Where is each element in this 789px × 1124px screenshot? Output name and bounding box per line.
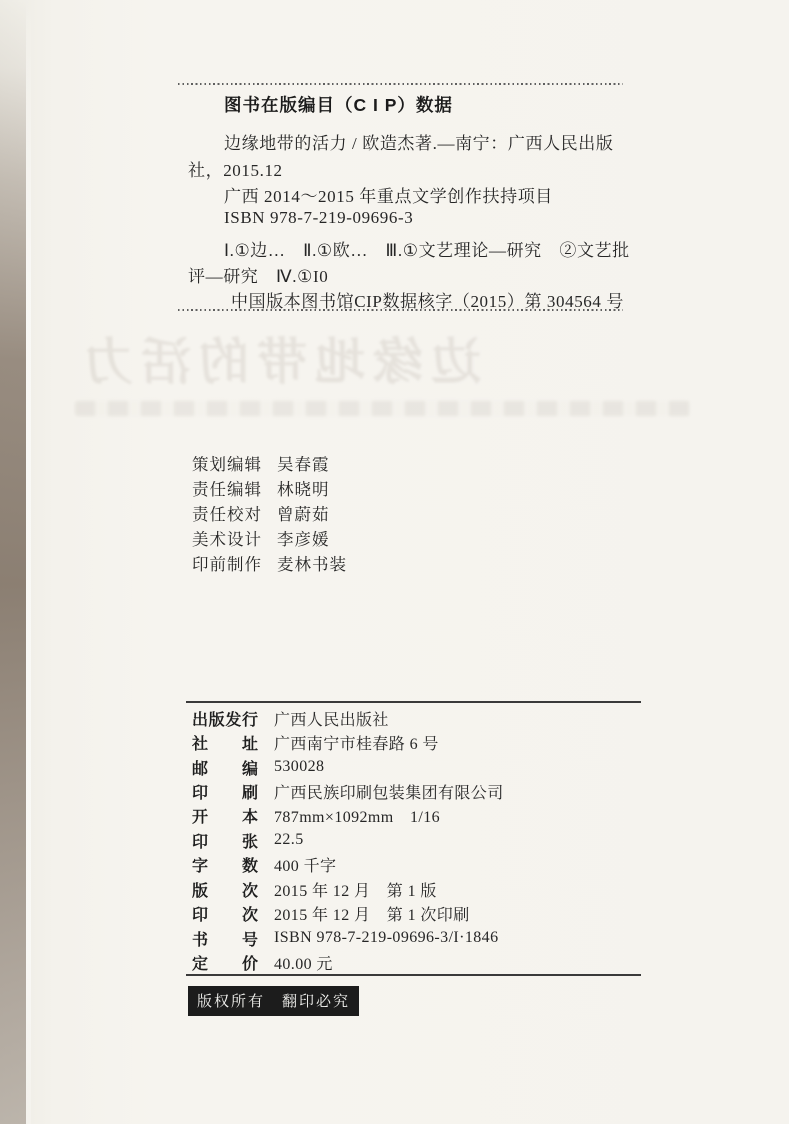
colophon-row: 邮编 530028 bbox=[192, 755, 504, 779]
colophon-row: 定价 40.00 元 bbox=[192, 950, 504, 974]
page-edge-highlight bbox=[26, 0, 31, 1124]
colophon-bottom-rule bbox=[186, 974, 641, 976]
copyright-page: 图书在版编目（C I P）数据 边缘地带的活力 / 欧造杰著.—南宁：广西人民出… bbox=[0, 0, 789, 1124]
colophon-row: 版次 2015 年 12 月 第 1 版 bbox=[192, 877, 504, 901]
cip-book-line-continued: 社，2015.12 bbox=[188, 156, 283, 181]
colophon-field-value: 400 千字 bbox=[274, 853, 336, 876]
colophon-field-value: 22.5 bbox=[274, 831, 304, 849]
colophon-field-value: 广西人民出版社 bbox=[274, 707, 389, 730]
colophon-field-label: 社址 bbox=[192, 731, 258, 754]
colophon-field-label: 版次 bbox=[192, 878, 258, 901]
colophon-row: 印次 2015 年 12 月 第 1 次印刷 bbox=[192, 902, 504, 926]
staff-row: 责任校对 曾蔚茹 bbox=[192, 500, 347, 525]
scan-left-edge-shadow bbox=[0, 0, 26, 1124]
colophon-row: 开本 787mm×1092mm 1/16 bbox=[192, 804, 504, 828]
cip-book-line: 边缘地带的活力 / 欧造杰著.—南宁：广西人民出版 bbox=[224, 129, 613, 154]
colophon-field-label: 印刷 bbox=[192, 780, 258, 803]
staff-person-name: 李彦媛 bbox=[277, 526, 330, 550]
colophon-row: 印张 22.5 bbox=[192, 828, 504, 852]
staff-role-label: 策划编辑 bbox=[192, 451, 262, 475]
colophon-field-value: 广西南宁市桂春路 6 号 bbox=[274, 731, 439, 754]
showthrough-book-title: 边缘地带的活力 bbox=[58, 322, 498, 394]
colophon-field-label: 定价 bbox=[192, 951, 258, 974]
colophon-row: 书号 ISBN 978-7-219-09696-3/I·1846 bbox=[192, 926, 504, 950]
staff-row: 责任编辑 林晓明 bbox=[192, 475, 347, 500]
cip-top-dotted-rule bbox=[178, 83, 623, 85]
colophon-row: 印刷 广西民族印刷包装集团有限公司 bbox=[192, 779, 504, 803]
staff-role-label: 印前制作 bbox=[192, 551, 262, 575]
colophon-row: 出版发行 广西人民出版社 bbox=[192, 706, 504, 730]
colophon-field-label: 印次 bbox=[192, 902, 258, 925]
cip-block-title: 图书在版编目（C I P）数据 bbox=[224, 92, 453, 117]
cip-classification-line-2: 评—研究 Ⅳ.①I0 bbox=[188, 262, 328, 287]
staff-person-name: 麦林书装 bbox=[277, 551, 347, 575]
colophon-field-value: ISBN 978-7-219-09696-3/I·1846 bbox=[274, 929, 498, 947]
staff-row: 策划编辑 吴春霞 bbox=[192, 450, 347, 475]
colophon-field-value: 787mm×1092mm 1/16 bbox=[274, 804, 440, 827]
colophon-field-value: 2015 年 12 月 第 1 次印刷 bbox=[274, 902, 470, 925]
colophon-field-value: 2015 年 12 月 第 1 版 bbox=[274, 878, 437, 901]
colophon-row: 字数 400 千字 bbox=[192, 853, 504, 877]
colophon-field-value: 广西民族印刷包装集团有限公司 bbox=[274, 780, 504, 803]
colophon-field-value: 40.00 元 bbox=[274, 951, 333, 974]
colophon-table: 出版发行 广西人民出版社 社址 广西南宁市桂春路 6 号 邮编 530028 印… bbox=[192, 706, 504, 975]
staff-row: 美术设计 李彦媛 bbox=[192, 526, 347, 551]
cip-series-line: 广西 2014～2015 年重点文学创作扶持项目 bbox=[224, 182, 553, 207]
showthrough-subtitle-smudge bbox=[75, 401, 690, 416]
cip-bottom-dotted-rule bbox=[178, 309, 623, 311]
colophon-field-label: 邮编 bbox=[192, 756, 258, 779]
colophon-field-label: 开本 bbox=[192, 804, 258, 827]
staff-person-name: 曾蔚茹 bbox=[277, 501, 330, 525]
staff-person-name: 林晓明 bbox=[277, 476, 330, 500]
colophon-top-rule bbox=[186, 701, 641, 703]
staff-person-name: 吴春霞 bbox=[277, 451, 330, 475]
cip-classification-line-1: Ⅰ.①边… Ⅱ.①欧… Ⅲ.①文艺理论—研究 ②文艺批 bbox=[224, 236, 630, 261]
copyright-notice-bar: 版权所有 翻印必究 bbox=[188, 986, 359, 1016]
colophon-field-label: 书号 bbox=[192, 927, 258, 950]
colophon-field-value: 530028 bbox=[274, 758, 324, 776]
staff-row: 印前制作 麦林书装 bbox=[192, 551, 347, 576]
colophon-row: 社址 广西南宁市桂春路 6 号 bbox=[192, 730, 504, 754]
staff-role-label: 美术设计 bbox=[192, 526, 262, 550]
staff-role-label: 责任编辑 bbox=[192, 476, 262, 500]
staff-list: 策划编辑 吴春霞 责任编辑 林晓明 责任校对 曾蔚茹 美术设计 李彦媛 印前制作… bbox=[192, 450, 347, 576]
colophon-field-label: 出版发行 bbox=[192, 707, 258, 730]
colophon-field-label: 字数 bbox=[192, 853, 258, 876]
cip-isbn-line: ISBN 978-7-219-09696-3 bbox=[224, 208, 413, 228]
staff-role-label: 责任校对 bbox=[192, 501, 262, 525]
colophon-field-label: 印张 bbox=[192, 829, 258, 852]
